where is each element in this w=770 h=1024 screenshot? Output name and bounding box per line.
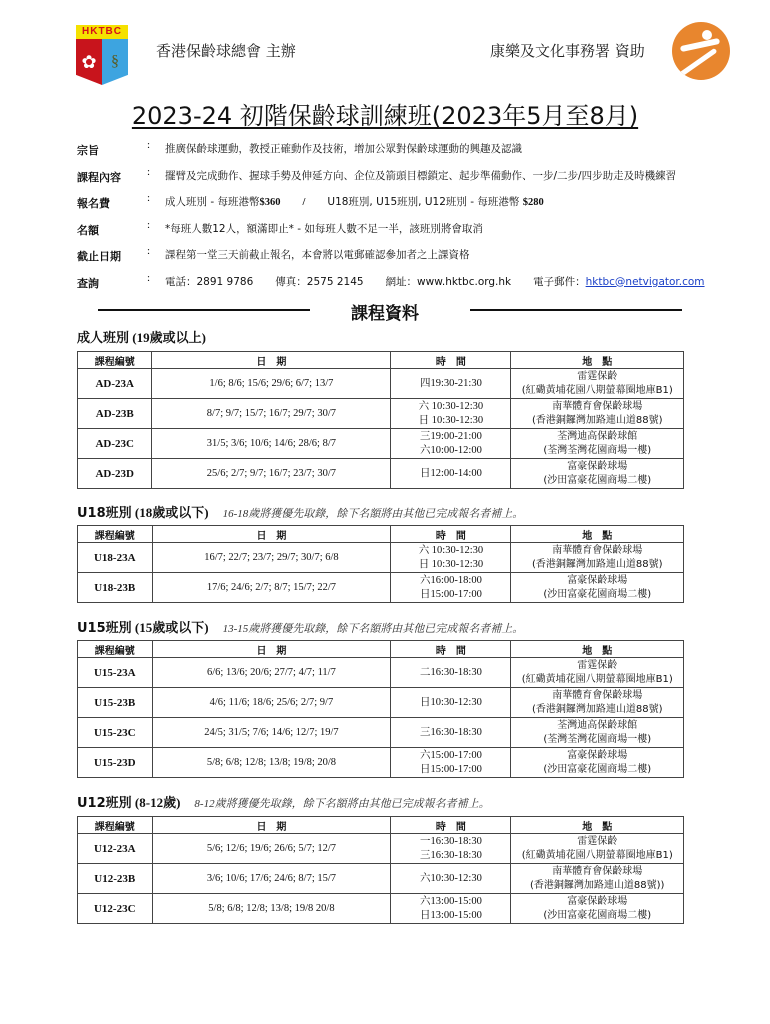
info-row-purpose: 宗旨 : 推廣保齡球運動，教授正確動作及技術，增加公眾對保齡球運動的興趣及認識 bbox=[77, 139, 757, 166]
column-header: 地 點 bbox=[511, 641, 684, 658]
course-code: U12-23A bbox=[78, 834, 153, 864]
course-time: 六 10:30-12:30日 10:30-12:30 bbox=[391, 543, 511, 573]
course-venue: 南華體育會保齡球場(香港銅鑼灣加路連山道88號) bbox=[511, 688, 684, 718]
course-time: 六 10:30-12:30日 10:30-12:30 bbox=[391, 399, 511, 429]
table-header-row: 課程編號日 期時 間地 點 bbox=[78, 817, 684, 834]
organizer-text: 香港保齡球總會 主辦 bbox=[156, 40, 296, 61]
info-row-quota: 名額 : *每班人數12人，額滿即止* - 如每班人數不足一半，該班別將會取消 bbox=[77, 219, 757, 246]
bauhinia-icon: ✿ bbox=[76, 39, 102, 85]
course-time: 四19:30-21:30 bbox=[391, 369, 511, 399]
course-dates: 31/5; 3/6; 10/6; 14/6; 28/6; 8/7 bbox=[152, 429, 391, 459]
column-header: 日 期 bbox=[152, 641, 391, 658]
course-code: U15-23D bbox=[78, 748, 153, 778]
group-title: U12班別 (8-12歲)8-12歲將獲優先取錄，餘下名額將由其他已完成報名者補… bbox=[77, 792, 490, 811]
course-table: 課程編號日 期時 間地 點U15-23A6/6; 13/6; 20/6; 27/… bbox=[77, 640, 684, 778]
table-row: U15-23A6/6; 13/6; 20/6; 27/7; 4/7; 11/7二… bbox=[78, 658, 684, 688]
course-venue: 富豪保齡球場(沙田富豪花園商場二樓) bbox=[511, 459, 684, 489]
group-note: 16-18歲將獲優先取錄，餘下名額將由其他已完成報名者補上。 bbox=[223, 508, 524, 520]
table-row: U12-23B3/6; 10/6; 17/6; 24/6; 8/7; 15/7六… bbox=[78, 864, 684, 894]
course-code: AD-23C bbox=[78, 429, 152, 459]
table-row: AD-23A1/6; 8/6; 15/6; 29/6; 6/7; 13/7四19… bbox=[78, 369, 684, 399]
course-dates: 8/7; 9/7; 15/7; 16/7; 29/7; 30/7 bbox=[152, 399, 391, 429]
table-row: U15-23C24/5; 31/5; 7/6; 14/6; 12/7; 19/7… bbox=[78, 718, 684, 748]
group-title: U15班別 (15歲或以下)13-15歲將獲優先取錄，餘下名額將由其他已完成報名… bbox=[77, 617, 523, 636]
table-row: U18-23A16/7; 22/7; 23/7; 29/7; 30/7; 6/8… bbox=[78, 543, 684, 573]
group-title: 成人班別 (19歲或以上) bbox=[77, 327, 220, 346]
column-header: 日 期 bbox=[152, 817, 391, 834]
column-header: 地 點 bbox=[511, 526, 684, 543]
email-link[interactable]: hktbc@netvigator.com bbox=[586, 276, 705, 288]
page-title: 2023-24 初階保齡球訓練班(2023年5月至8月) bbox=[0, 96, 770, 131]
course-dates: 4/6; 11/6; 18/6; 25/6; 2/7; 9/7 bbox=[152, 688, 391, 718]
course-dates: 24/5; 31/5; 7/6; 14/6; 12/7; 19/7 bbox=[152, 718, 391, 748]
column-header: 課程編號 bbox=[78, 641, 153, 658]
course-time: 三16:30-18:30 bbox=[391, 718, 511, 748]
info-row-fee: 報名費 : 成人班別 - 每班港幣$360/U18班別, U15班別, U12班… bbox=[77, 192, 757, 219]
column-header: 課程編號 bbox=[78, 817, 153, 834]
course-venue: 雷霆保齡(紅磡黃埔花園八期螢幕圈地庫B1) bbox=[511, 834, 684, 864]
hktbc-logo: HKTBC ✿ § bbox=[76, 25, 128, 85]
group-note: 13-15歲將獲優先取錄，餘下名額將由其他已完成報名者補上。 bbox=[223, 623, 524, 635]
column-header: 日 期 bbox=[152, 352, 391, 369]
course-code: U15-23C bbox=[78, 718, 153, 748]
course-code: U15-23B bbox=[78, 688, 153, 718]
group-title: U18班別 (18歲或以下)16-18歲將獲優先取錄，餘下名額將由其他已完成報名… bbox=[77, 502, 523, 521]
column-header: 日 期 bbox=[152, 526, 391, 543]
course-time: 六10:30-12:30 bbox=[391, 864, 511, 894]
table-row: AD-23C31/5; 3/6; 10/6; 14/6; 28/6; 8/7三1… bbox=[78, 429, 684, 459]
group-note: 8-12歲將獲優先取錄，餘下名額將由其他已完成報名者補上。 bbox=[194, 798, 489, 810]
table-header-row: 課程編號日 期時 間地 點 bbox=[78, 526, 684, 543]
course-venue: 荃灣迪高保齡球館(荃灣荃灣花園商場一樓) bbox=[511, 718, 684, 748]
table-row: U15-23D5/8; 6/8; 12/8; 13/8; 19/8; 20/8六… bbox=[78, 748, 684, 778]
table-row: U12-23A5/6; 12/6; 19/6; 26/6; 5/7; 12/7一… bbox=[78, 834, 684, 864]
lcsd-logo bbox=[672, 22, 730, 80]
course-table: 課程編號日 期時 間地 點U12-23A5/6; 12/6; 19/6; 26/… bbox=[77, 816, 684, 924]
course-code: U18-23B bbox=[78, 573, 153, 603]
course-table: 課程編號日 期時 間地 點U18-23A16/7; 22/7; 23/7; 29… bbox=[77, 525, 684, 603]
info-row-enquiry: 查詢 : 電話：2891 9786傳真：2575 2145網址：www.hktb… bbox=[77, 272, 757, 299]
table-row: U18-23B17/6; 24/6; 2/7; 8/7; 15/7; 22/7六… bbox=[78, 573, 684, 603]
sponsor-text: 康樂及文化事務署 資助 bbox=[490, 40, 645, 61]
course-venue: 富豪保齡球場(沙田富豪花園商場二樓) bbox=[511, 573, 684, 603]
info-block: 宗旨 : 推廣保齡球運動，教授正確動作及技術，增加公眾對保齡球運動的興趣及認識 … bbox=[77, 139, 757, 298]
table-row: AD-23D25/6; 2/7; 9/7; 16/7; 23/7; 30/7日1… bbox=[78, 459, 684, 489]
course-code: U12-23B bbox=[78, 864, 153, 894]
course-time: 三19:00-21:00六10:00-12:00 bbox=[391, 429, 511, 459]
course-time: 六13:00-15:00日13:00-15:00 bbox=[391, 894, 511, 924]
course-venue: 雷霆保齡(紅磡黃埔花園八期螢幕圈地庫B1) bbox=[511, 369, 684, 399]
column-header: 時 間 bbox=[391, 352, 511, 369]
course-time: 二16:30-18:30 bbox=[391, 658, 511, 688]
column-header: 課程編號 bbox=[78, 526, 153, 543]
course-time: 日12:00-14:00 bbox=[391, 459, 511, 489]
section-heading: 課程資料 bbox=[0, 299, 770, 323]
course-venue: 荃灣迪高保齡球館(荃灣荃灣花園商場一樓) bbox=[511, 429, 684, 459]
course-table: 課程編號日 期時 間地 點AD-23A1/6; 8/6; 15/6; 29/6;… bbox=[77, 351, 684, 489]
course-venue: 富豪保齡球場(沙田富豪花園商場二樓) bbox=[511, 748, 684, 778]
course-code: AD-23D bbox=[78, 459, 152, 489]
column-header: 地 點 bbox=[511, 817, 684, 834]
course-code: AD-23A bbox=[78, 369, 152, 399]
course-dates: 6/6; 13/6; 20/6; 27/7; 4/7; 11/7 bbox=[152, 658, 391, 688]
info-row-content: 課程內容 : 擺臂及完成動作、握球手勢及伸延方向、企位及箭頭目標鎖定、起步準備動… bbox=[77, 166, 757, 193]
table-row: U15-23B4/6; 11/6; 18/6; 25/6; 2/7; 9/7日1… bbox=[78, 688, 684, 718]
course-time: 六16:00-18:00日15:00-17:00 bbox=[391, 573, 511, 603]
column-header: 地 點 bbox=[511, 352, 684, 369]
table-row: AD-23B8/7; 9/7; 15/7; 16/7; 29/7; 30/7六 … bbox=[78, 399, 684, 429]
column-header: 時 間 bbox=[391, 817, 511, 834]
course-dates: 3/6; 10/6; 17/6; 24/6; 8/7; 15/7 bbox=[152, 864, 391, 894]
course-venue: 富豪保齡球場(沙田富豪花園商場二樓) bbox=[511, 894, 684, 924]
course-code: U12-23C bbox=[78, 894, 153, 924]
course-dates: 25/6; 2/7; 9/7; 16/7; 23/7; 30/7 bbox=[152, 459, 391, 489]
table-header-row: 課程編號日 期時 間地 點 bbox=[78, 641, 684, 658]
info-row-deadline: 截止日期 : 課程第一堂三天前截止報名，本會將以電郵確認參加者之上課資格 bbox=[77, 245, 757, 272]
course-venue: 南華體育會保齡球場(香港銅鑼灣加路連山道88號) bbox=[511, 543, 684, 573]
dragon-bowling-icon: § bbox=[102, 39, 128, 85]
course-code: U18-23A bbox=[78, 543, 153, 573]
course-time: 一16:30-18:30三16:30-18:30 bbox=[391, 834, 511, 864]
course-dates: 5/8; 6/8; 12/8; 13/8; 19/8 20/8 bbox=[152, 894, 391, 924]
course-dates: 16/7; 22/7; 23/7; 29/7; 30/7; 6/8 bbox=[152, 543, 391, 573]
course-time: 日10:30-12:30 bbox=[391, 688, 511, 718]
column-header: 時 間 bbox=[391, 641, 511, 658]
course-venue: 雷霆保齡(紅磡黃埔花園八期螢幕圈地庫B1) bbox=[511, 658, 684, 688]
table-row: U12-23C5/8; 6/8; 12/8; 13/8; 19/8 20/8六1… bbox=[78, 894, 684, 924]
course-dates: 5/8; 6/8; 12/8; 13/8; 19/8; 20/8 bbox=[152, 748, 391, 778]
column-header: 課程編號 bbox=[78, 352, 152, 369]
course-venue: 南華體育會保齡球場(香港銅鑼灣加路連山道88號) bbox=[511, 399, 684, 429]
course-time: 六15:00-17:00日15:00-17:00 bbox=[391, 748, 511, 778]
divider bbox=[470, 309, 682, 311]
course-dates: 5/6; 12/6; 19/6; 26/6; 5/7; 12/7 bbox=[152, 834, 391, 864]
course-dates: 17/6; 24/6; 2/7; 8/7; 15/7; 22/7 bbox=[152, 573, 391, 603]
hktbc-logo-text: HKTBC bbox=[76, 25, 128, 39]
course-dates: 1/6; 8/6; 15/6; 29/6; 6/7; 13/7 bbox=[152, 369, 391, 399]
course-venue: 南華體育會保齡球場(香港銅鑼灣加路連山道88號)) bbox=[511, 864, 684, 894]
column-header: 時 間 bbox=[391, 526, 511, 543]
course-code: U15-23A bbox=[78, 658, 153, 688]
table-header-row: 課程編號日 期時 間地 點 bbox=[78, 352, 684, 369]
course-code: AD-23B bbox=[78, 399, 152, 429]
